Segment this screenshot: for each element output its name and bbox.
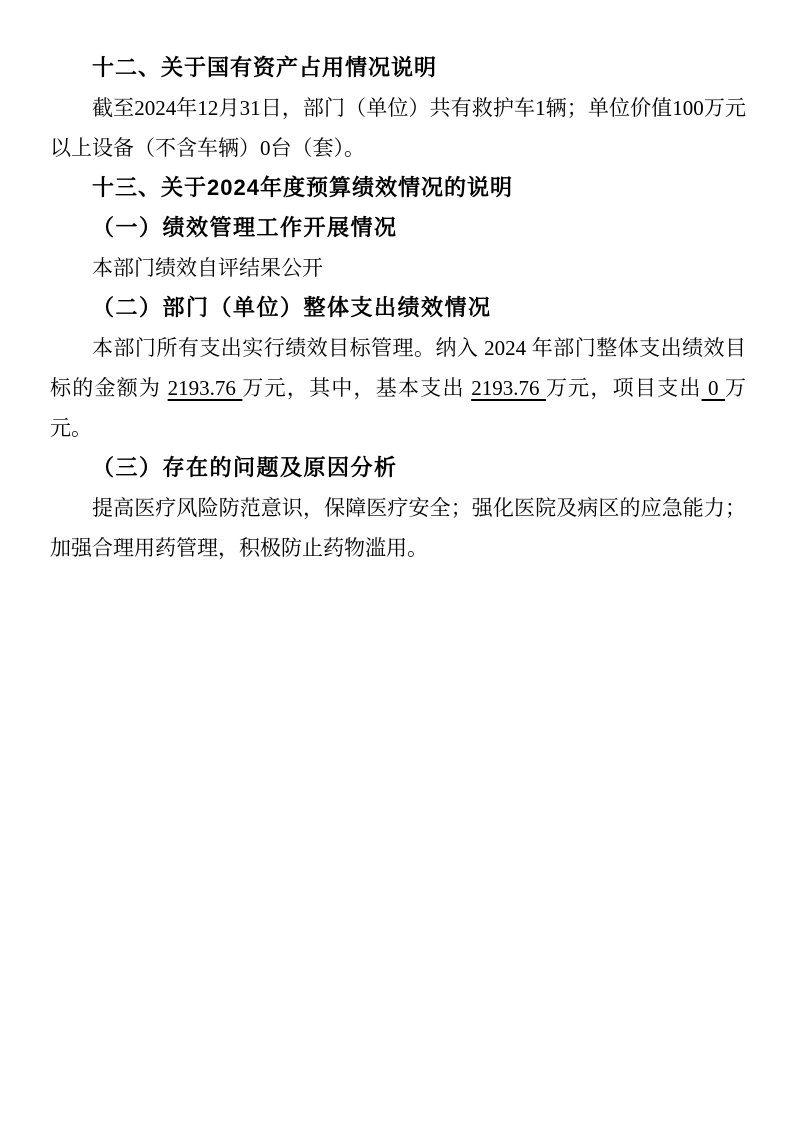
- amount-sentence-segment: 万: [725, 376, 746, 400]
- amount-sentence-segment: 万元，其中，基本支出: [242, 376, 471, 400]
- section-13-heading: 十三、关于2024年度预算绩效情况的说明: [50, 168, 746, 208]
- amount-sentence-segment: 标的金额为: [50, 376, 168, 400]
- basic-expenditure-amount-underlined: 2193.76: [471, 376, 546, 400]
- subsection-2-body-line-1: 本部门所有支出实行绩效目标管理。纳入 2024 年部门整体支出绩效目: [50, 328, 746, 368]
- subsection-3-body-line-1: 提高医疗风险防范意识，保障医疗安全；强化医院及病区的应急能力；: [50, 488, 746, 528]
- subsection-1-body-line-1: 本部门绩效自评结果公开: [50, 248, 746, 288]
- subsection-2-heading: （二）部门（单位）整体支出绩效情况: [50, 288, 746, 328]
- subsection-2-body-line-2: 标的金额为 2193.76 万元，其中，基本支出 2193.76 万元，项目支出…: [50, 368, 746, 408]
- total-performance-amount-underlined: 2193.76: [168, 376, 243, 400]
- section-12-heading: 十二、关于国有资产占用情况说明: [50, 48, 746, 88]
- document-page: 十二、关于国有资产占用情况说明 截至2024年12月31日，部门（单位）共有救护…: [0, 0, 793, 1122]
- subsection-2-body-line-3: 元。: [50, 408, 746, 448]
- subsection-3-heading: （三）存在的问题及原因分析: [50, 448, 746, 488]
- amount-sentence-segment: 万元，项目支出: [546, 376, 702, 400]
- subsection-3-body-line-2: 加强合理用药管理，积极防止药物滥用。: [50, 528, 746, 568]
- section-12-body-line-1: 截至2024年12月31日，部门（单位）共有救护车1辆；单位价值100万元: [50, 88, 746, 128]
- section-12-body-line-2: 以上设备（不含车辆）0台（套）。: [50, 128, 746, 168]
- subsection-1-heading: （一）绩效管理工作开展情况: [50, 208, 746, 248]
- project-expenditure-amount-underlined: 0: [702, 376, 725, 400]
